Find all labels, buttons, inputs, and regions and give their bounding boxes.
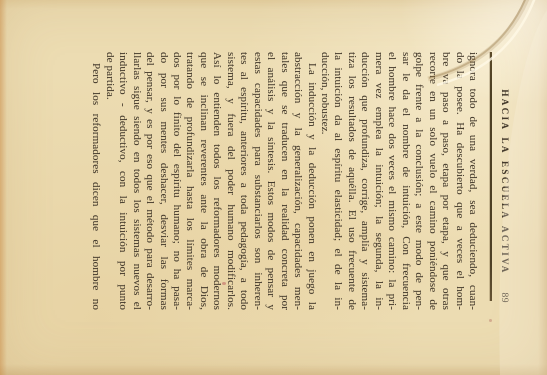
body-line: Así lo entienden todos los reformadores … — [210, 52, 223, 310]
body-line: ignora todo de una verdad, sea deduciend… — [466, 52, 479, 310]
body-line: abstracción y la generalización, capacid… — [291, 52, 304, 310]
body-text: ignora todo de una verdad, sea deduciend… — [89, 52, 479, 310]
body-line: recorre en un solo vuelo el camino ponié… — [425, 52, 438, 310]
body-line: el hombre hace dos veces el mismo camino… — [385, 52, 398, 310]
body-line: tratando de profundizarla hasta los lími… — [183, 52, 196, 310]
body-line: dos por lo finito del espíritu humano; n… — [170, 52, 183, 310]
chapter-title: HACIA LA ESCUELA ACTIVA — [500, 52, 510, 302]
body-line: sar le da el nombre de intuición, Con fr… — [398, 52, 411, 310]
body-line: do la posee. Ha descubierto que a veces … — [452, 52, 465, 310]
body-line: llarlas sigue siendo en todos los sistem… — [129, 52, 142, 310]
body-line: tales que se traducen en la realidad con… — [277, 52, 290, 310]
body-line: La inducción y la deducción ponen en jue… — [304, 52, 317, 310]
book-page: HACIA LA ESCUELA ACTIVA 89 ignora todo d… — [0, 0, 547, 375]
body-line: estas capacidades para substanciarlos so… — [250, 52, 263, 310]
page-number: 89 — [499, 293, 509, 304]
body-line: ducción, robustez. — [318, 52, 331, 310]
body-line: ducción que profundiza, corrige, amplía … — [358, 52, 371, 310]
body-line: Pero los reformadores dicen que el hombr… — [89, 52, 102, 310]
body-line: tiza los resultados de aquélla. El uso f… — [344, 52, 357, 310]
scanned-book-page: HACIA LA ESCUELA ACTIVA 89 ignora todo d… — [0, 0, 547, 375]
body-line: mera vez emplea la intuición; la segunda… — [371, 52, 384, 310]
body-line: de partida. — [102, 52, 115, 310]
body-line: golpe frente a la conclusión; a este mod… — [412, 52, 425, 310]
body-line: del pensar, y es por eso que el método p… — [143, 52, 156, 310]
body-line: el análisis y la síntesis. Estos modos d… — [264, 52, 277, 310]
body-line: inductivo - deductivo, con la intuición … — [116, 52, 129, 310]
body-line: sistema, y fuera del poder humano modifi… — [223, 52, 236, 310]
running-head: HACIA LA ESCUELA ACTIVA 89 — [496, 52, 510, 302]
body-line: que se inclinan reverentes ante la obra … — [196, 52, 209, 310]
body-line: do por sus mentes deshacer, desviar las … — [156, 52, 169, 310]
header-rule — [490, 52, 492, 301]
body-line: la intuición da al espíritu elasticidad;… — [331, 52, 344, 310]
body-line: tes al espíritu, anteriores a toda pedag… — [237, 52, 250, 310]
body-line: bre va paso a paso, etapa por etapa, y q… — [439, 52, 452, 310]
